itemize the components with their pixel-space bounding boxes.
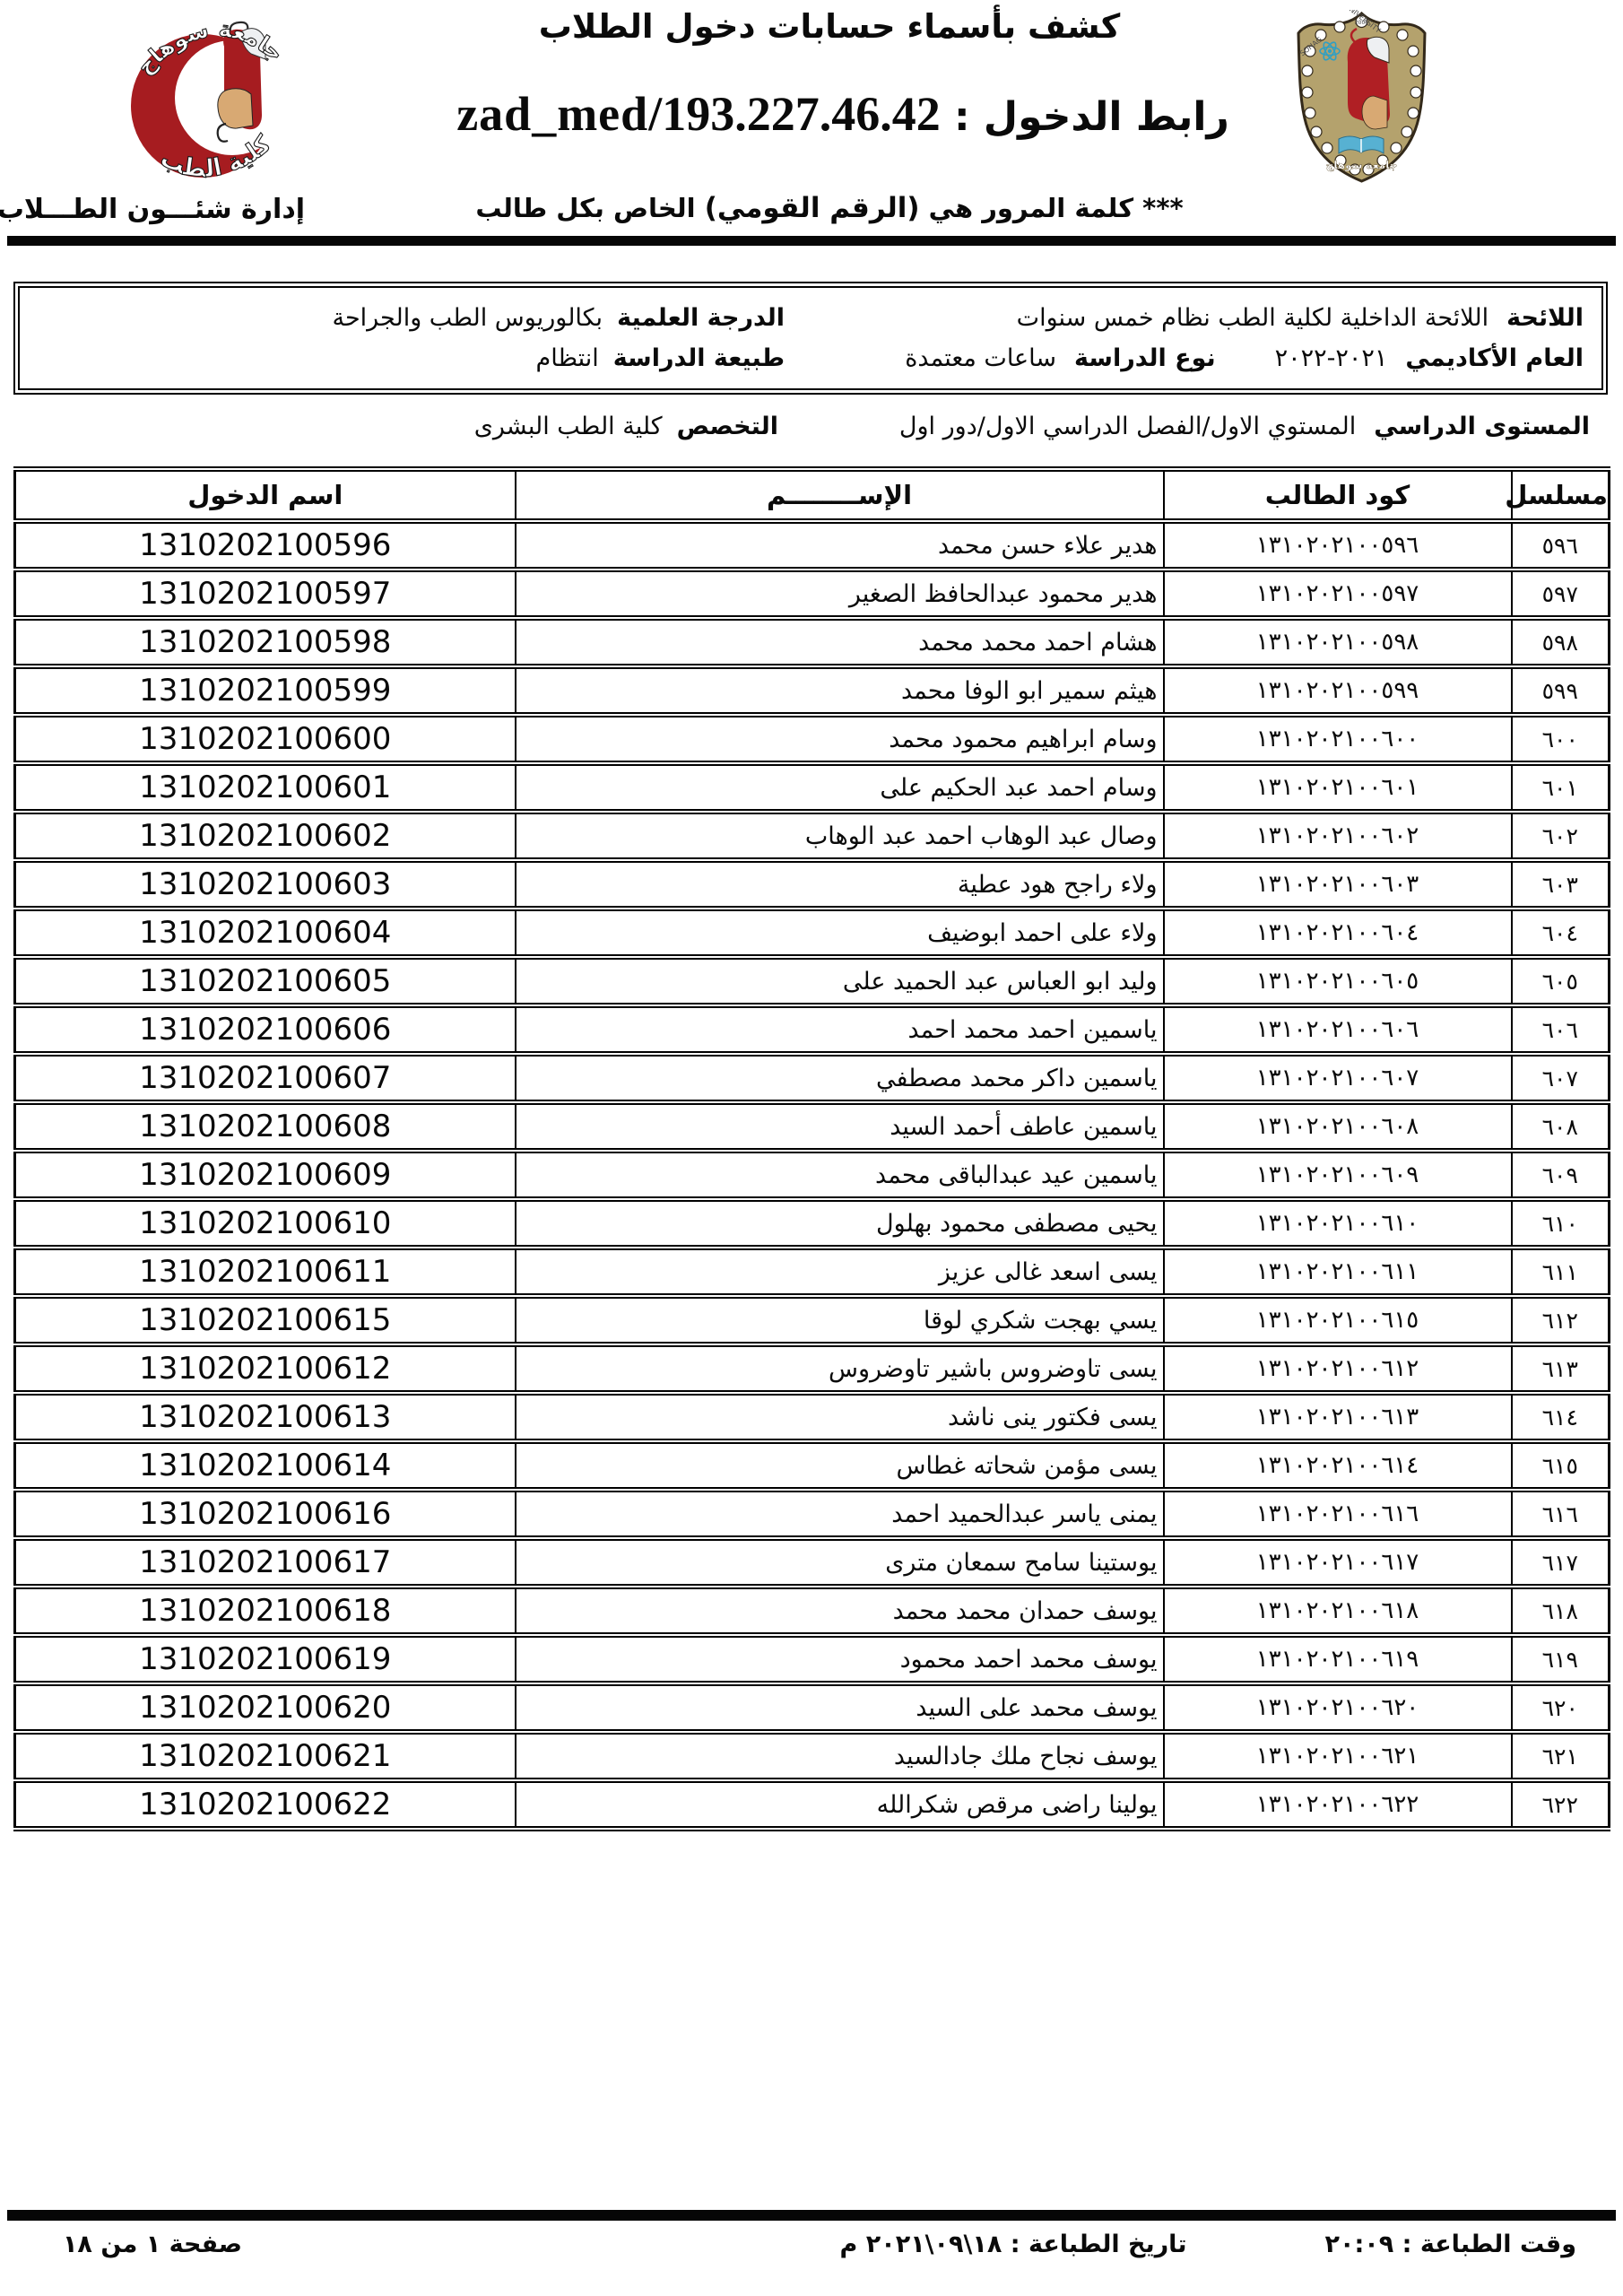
study-nature-value: انتظام <box>536 344 599 372</box>
code-cell: ١٣١٠٢٠٢١٠٠٥٩٩ <box>1164 666 1512 715</box>
name-cell: يوسف نجاح ملك جادالسيد <box>516 1732 1164 1780</box>
code-cell: ١٣١٠٢٠٢١٠٠٦٠٢ <box>1164 812 1512 860</box>
table-row: ٦٠٧١٣١٠٢٠٢١٠٠٦٠٧ياسمين داكر محمد مصطفي13… <box>15 1054 1610 1102</box>
table-row: ٦١٠١٣١٠٢٠٢١٠٠٦١٠يحيى مصطفى محمود بهلول13… <box>15 1199 1610 1248</box>
login-cell: 1310202100598 <box>15 618 516 666</box>
code-cell: ١٣١٠٢٠٢١٠٠٦٠٦ <box>1164 1005 1512 1054</box>
code-cell: ١٣١٠٢٠٢١٠٠٦١٣ <box>1164 1393 1512 1441</box>
print-time: وقت الطباعة : ٢٠:٠٩ <box>1325 2231 1576 2258</box>
faculty-medicine-logo: جامعة سوهاج كلية الطب <box>126 7 296 192</box>
name-cell: ياسمين عيد عبدالباقى محمد <box>516 1151 1164 1199</box>
table-row: ٥٩٦١٣١٠٢٠٢١٠٠٥٩٦هدير علاء حسن محمد131020… <box>15 521 1610 570</box>
login-cell: 1310202100614 <box>15 1441 516 1490</box>
login-cell: 1310202100599 <box>15 666 516 715</box>
name-cell: ياسمين احمد محمد احمد <box>516 1005 1164 1054</box>
login-cell: 1310202100597 <box>15 570 516 618</box>
level-value: المستوي الاول/الفصل الدراسي الاول/دور او… <box>899 413 1356 440</box>
serial-cell: ٦١٨ <box>1512 1587 1610 1635</box>
serial-cell: ٦٠٨ <box>1512 1102 1610 1151</box>
header-login: اسم الدخول <box>15 469 516 521</box>
name-cell: يسى تاوضروس باشير تاوضروس <box>516 1344 1164 1393</box>
code-cell: ١٣١٠٢٠٢١٠٠٦٠٣ <box>1164 860 1512 909</box>
table-row: ٦٢٢١٣١٠٢٠٢١٠٠٦٢٢يولينا راضى مرقص شكرالله… <box>15 1780 1610 1829</box>
login-cell: 1310202100603 <box>15 860 516 909</box>
serial-cell: ٦١٤ <box>1512 1393 1610 1441</box>
code-cell: ١٣١٠٢٠٢١٠٠٦٠٥ <box>1164 957 1512 1005</box>
login-cell: 1310202100604 <box>15 909 516 957</box>
login-cell: 1310202100608 <box>15 1102 516 1151</box>
table-row: ٦٠٠١٣١٠٢٠٢١٠٠٦٠٠وسام ابراهيم محمود محمد1… <box>15 715 1610 763</box>
login-cell: 1310202100618 <box>15 1587 516 1635</box>
serial-cell: ٦١٦ <box>1512 1490 1610 1538</box>
table-row: ٦٠٥١٣١٠٢٠٢١٠٠٦٠٥وليد ابو العباس عبد الحم… <box>15 957 1610 1005</box>
serial-cell: ٦٠٦ <box>1512 1005 1610 1054</box>
name-cell: يوسف حمدان محمد محمد <box>516 1587 1164 1635</box>
serial-cell: ٦٢٢ <box>1512 1780 1610 1829</box>
serial-cell: ٦١٠ <box>1512 1199 1610 1248</box>
login-cell: 1310202100610 <box>15 1199 516 1248</box>
university-shield-logo: 2006 SOHAG UNIVERSITY جامعة سوهاج <box>1289 10 1435 184</box>
table-row: ٦٠٩١٣١٠٢٠٢١٠٠٦٠٩ياسمين عيد عبدالباقى محم… <box>15 1151 1610 1199</box>
serial-cell: ٦١٩ <box>1512 1635 1610 1683</box>
table-row: ٦١٣١٣١٠٢٠٢١٠٠٦١٢يسى تاوضروس باشير تاوضرو… <box>15 1344 1610 1393</box>
print-date: تاريخ الطباعة : ١٨\٠٩\٢٠٢١ م <box>807 2231 1219 2258</box>
code-cell: ١٣١٠٢٠٢١٠٠٦١٦ <box>1164 1490 1512 1538</box>
table-row: ٦١٧١٣١٠٢٠٢١٠٠٦١٧يوستينا سامح سمعان مترى1… <box>15 1538 1610 1587</box>
login-link-label: رابط الدخول : <box>941 94 1229 140</box>
level-line: المستوى الدراسي المستوي الاول/الفصل الدر… <box>13 413 1608 440</box>
table-row: ٦١٩١٣١٠٢٠٢١٠٠٦١٩يوسف محمد احمد محمود1310… <box>15 1635 1610 1683</box>
code-cell: ١٣١٠٢٠٢١٠٠٦١٥ <box>1164 1296 1512 1344</box>
password-note-suffix: الخاص بكل طالب <box>475 193 704 223</box>
name-cell: يوسف محمد احمد محمود <box>516 1635 1164 1683</box>
code-cell: ١٣١٠٢٠٢١٠٠٦٠٩ <box>1164 1151 1512 1199</box>
login-cell: 1310202100615 <box>15 1296 516 1344</box>
name-cell: يمنى ياسر عبدالحميد احمد <box>516 1490 1164 1538</box>
table-row: ٦٠٦١٣١٠٢٠٢١٠٠٦٠٦ياسمين احمد محمد احمد131… <box>15 1005 1610 1054</box>
name-cell: يوستينا سامح سمعان مترى <box>516 1538 1164 1587</box>
code-cell: ١٣١٠٢٠٢١٠٠٦١٤ <box>1164 1441 1512 1490</box>
print-time-value: ٢٠:٠٩ <box>1325 2231 1394 2258</box>
dept-caption: إدارة شئـــون الطـــلاب <box>65 194 305 225</box>
login-cell: 1310202100601 <box>15 763 516 812</box>
code-cell: ١٣١٠٢٠٢١٠٠٦١١ <box>1164 1248 1512 1296</box>
login-cell: 1310202100607 <box>15 1054 516 1102</box>
table-row: ٦٠١١٣١٠٢٠٢١٠٠٦٠١وسام احمد عبد الحكيم على… <box>15 763 1610 812</box>
shield-caption: جامعة سوهاج <box>1326 159 1398 172</box>
login-cell: 1310202100613 <box>15 1393 516 1441</box>
table-header-row: مسلسل كود الطالب الإســــــــم اسم الدخو… <box>15 469 1610 521</box>
student-table-body: ٥٩٦١٣١٠٢٠٢١٠٠٥٩٦هدير علاء حسن محمد131020… <box>15 521 1610 1829</box>
regulation-label: اللائحة <box>1506 304 1584 332</box>
code-cell: ١٣١٠٢٠٢١٠٠٦٠٤ <box>1164 909 1512 957</box>
name-cell: يسي بهجت شكري لوقا <box>516 1296 1164 1344</box>
serial-cell: ٦٠٩ <box>1512 1151 1610 1199</box>
login-cell: 1310202100605 <box>15 957 516 1005</box>
serial-cell: ٦١٣ <box>1512 1344 1610 1393</box>
password-note-prefix: *** كلمة المرور هي <box>920 193 1184 223</box>
name-cell: يسى مؤمن شحاته غطاس <box>516 1441 1164 1490</box>
code-cell: ١٣١٠٢٠٢١٠٠٦١٩ <box>1164 1635 1512 1683</box>
info-row-year: العام الأكاديمي ٢٠٢١-٢٠٢٢ نوع الدراسة سا… <box>38 344 1584 372</box>
name-cell: ولاء راجح هود عطية <box>516 860 1164 909</box>
serial-cell: ٦٠٤ <box>1512 909 1610 957</box>
login-cell: 1310202100602 <box>15 812 516 860</box>
name-cell: وليد ابو العباس عبد الحميد على <box>516 957 1164 1005</box>
login-cell: 1310202100609 <box>15 1151 516 1199</box>
serial-cell: ٥٩٧ <box>1512 570 1610 618</box>
name-cell: هيثم سمير ابو الوفا محمد <box>516 666 1164 715</box>
table-row: ٥٩٧١٣١٠٢٠٢١٠٠٥٩٧هدير محمود عبدالحافظ الص… <box>15 570 1610 618</box>
name-cell: ياسمين داكر محمد مصطفي <box>516 1054 1164 1102</box>
serial-cell: ٦١٥ <box>1512 1441 1610 1490</box>
print-date-suffix: م <box>840 2231 858 2258</box>
name-cell: يسى فكتور ينى ناشد <box>516 1393 1164 1441</box>
name-cell: يولينا راضى مرقص شكرالله <box>516 1780 1164 1829</box>
serial-cell: ٦٠٧ <box>1512 1054 1610 1102</box>
serial-cell: ٦٠٥ <box>1512 957 1610 1005</box>
degree-value: بكالوريوس الطب والجراحة <box>332 304 603 332</box>
serial-cell: ٦٠٢ <box>1512 812 1610 860</box>
specialization-label: التخصص <box>677 413 778 440</box>
serial-cell: ٥٩٦ <box>1512 521 1610 570</box>
code-cell: ١٣١٠٢٠٢١٠٠٦١٨ <box>1164 1587 1512 1635</box>
table-row: ٦١٥١٣١٠٢٠٢١٠٠٦١٤يسى مؤمن شحاته غطاس13102… <box>15 1441 1610 1490</box>
code-cell: ١٣١٠٢٠٢١٠٠٥٩٨ <box>1164 618 1512 666</box>
specialization-value: كلية الطب البشرى <box>474 413 663 440</box>
name-cell: ياسمين عاطف أحمد السيد <box>516 1102 1164 1151</box>
table-row: ٦١٢١٣١٠٢٠٢١٠٠٦١٥يسي بهجت شكري لوقا131020… <box>15 1296 1610 1344</box>
login-cell: 1310202100616 <box>15 1490 516 1538</box>
name-cell: يوسف محمد على السيد <box>516 1683 1164 1732</box>
students-table: مسلسل كود الطالب الإســــــــم اسم الدخو… <box>13 466 1610 1831</box>
table-row: ٦١٤١٣١٠٢٠٢١٠٠٦١٣يسى فكتور ينى ناشد131020… <box>15 1393 1610 1441</box>
code-cell: ١٣١٠٢٠٢١٠٠٦٠٧ <box>1164 1054 1512 1102</box>
table-row: ٥٩٩١٣١٠٢٠٢١٠٠٥٩٩هيثم سمير ابو الوفا محمد… <box>15 666 1610 715</box>
footer-divider <box>7 2210 1616 2221</box>
serial-cell: ٥٩٨ <box>1512 618 1610 666</box>
header-divider <box>7 236 1616 246</box>
login-cell: 1310202100606 <box>15 1005 516 1054</box>
serial-cell: ٦١٢ <box>1512 1296 1610 1344</box>
name-cell: وسام ابراهيم محمود محمد <box>516 715 1164 763</box>
academic-year-value: ٢٠٢١-٢٠٢٢ <box>1275 344 1388 372</box>
study-nature-label: طبيعة الدراسة <box>613 344 785 372</box>
code-cell: ١٣١٠٢٠٢١٠٠٥٩٦ <box>1164 521 1512 570</box>
serial-cell: ٥٩٩ <box>1512 666 1610 715</box>
header-name: الإســــــــم <box>516 469 1164 521</box>
study-type-label: نوع الدراسة <box>1074 344 1216 372</box>
print-time-label: وقت الطباعة : <box>1402 2231 1576 2258</box>
program-info-box: اللائحة اللائحة الداخلية لكلية الطب نظام… <box>13 282 1608 395</box>
login-cell: 1310202100620 <box>15 1683 516 1732</box>
table-row: ٦٠٤١٣١٠٢٠٢١٠٠٦٠٤ولاء على احمد ابوضيف1310… <box>15 909 1610 957</box>
table-row: ٦١١١٣١٠٢٠٢١٠٠٦١١يسى اسعد غالى عزيز131020… <box>15 1248 1610 1296</box>
name-cell: يسى اسعد غالى عزيز <box>516 1248 1164 1296</box>
login-cell: 1310202100621 <box>15 1732 516 1780</box>
study-type-value: ساعات معتمدة <box>905 344 1056 372</box>
pharaoh-crown <box>1348 29 1390 129</box>
header-code: كود الطالب <box>1164 469 1512 521</box>
login-cell: 1310202100611 <box>15 1248 516 1296</box>
name-cell: وسام احمد عبد الحكيم على <box>516 763 1164 812</box>
level-label: المستوى الدراسي <box>1374 413 1590 440</box>
login-cell: 1310202100619 <box>15 1635 516 1683</box>
code-cell: ١٣١٠٢٠٢١٠٠٦٢١ <box>1164 1732 1512 1780</box>
serial-cell: ٦٠٠ <box>1512 715 1610 763</box>
name-cell: هشام احمد محمد محمد <box>516 618 1164 666</box>
table-row: ٦١٨١٣١٠٢٠٢١٠٠٦١٨يوسف حمدان محمد محمد1310… <box>15 1587 1610 1635</box>
serial-cell: ٦١٧ <box>1512 1538 1610 1587</box>
serial-cell: ٦٠٣ <box>1512 860 1610 909</box>
info-row-regulation: اللائحة اللائحة الداخلية لكلية الطب نظام… <box>38 304 1584 332</box>
code-cell: ١٣١٠٢٠٢١٠٠٦١٠ <box>1164 1199 1512 1248</box>
degree-label: الدرجة العلمية <box>617 304 785 332</box>
table-row: ٦٠٣١٣١٠٢٠٢١٠٠٦٠٣ولاء راجح هود عطية131020… <box>15 860 1610 909</box>
table-row: ٦١٦١٣١٠٢٠٢١٠٠٦١٦يمنى ياسر عبدالحميد احمد… <box>15 1490 1610 1538</box>
table-row: ٦٠٢١٣١٠٢٠٢١٠٠٦٠٢وصال عبد الوهاب احمد عبد… <box>15 812 1610 860</box>
code-cell: ١٣١٠٢٠٢١٠٠٦٠٨ <box>1164 1102 1512 1151</box>
name-cell: ولاء على احمد ابوضيف <box>516 909 1164 957</box>
login-cell: 1310202100596 <box>15 521 516 570</box>
login-link-url: 193.227.46.42/zad_med <box>456 87 941 141</box>
print-date-value: ١٨\٠٩\٢٠٢١ <box>866 2231 1002 2258</box>
table-row: ٦٠٨١٣١٠٢٠٢١٠٠٦٠٨ياسمين عاطف أحمد السيد13… <box>15 1102 1610 1151</box>
code-cell: ١٣١٠٢٠٢١٠٠٦٢٠ <box>1164 1683 1512 1732</box>
code-cell: ١٣١٠٢٠٢١٠٠٦٠٠ <box>1164 715 1512 763</box>
regulation-value: اللائحة الداخلية لكلية الطب نظام خمس سنو… <box>1017 304 1488 332</box>
login-cell: 1310202100600 <box>15 715 516 763</box>
login-cell: 1310202100622 <box>15 1780 516 1829</box>
name-cell: هدير علاء حسن محمد <box>516 521 1164 570</box>
academic-year-label: العام الأكاديمي <box>1405 344 1584 372</box>
password-note-highlight: (الرقم القومي) <box>705 192 920 224</box>
scanned-student-accounts-page: { "colors": { "shield_tan": "#b4a26d", "… <box>0 0 1623 2296</box>
table-row: ٥٩٨١٣١٠٢٠٢١٠٠٥٩٨هشام احمد محمد محمد13102… <box>15 618 1610 666</box>
code-cell: ١٣١٠٢٠٢١٠٠٦٢٢ <box>1164 1780 1512 1829</box>
code-cell: ١٣١٠٢٠٢١٠٠٥٩٧ <box>1164 570 1512 618</box>
name-cell: يحيى مصطفى محمود بهلول <box>516 1199 1164 1248</box>
serial-cell: ٦٢٠ <box>1512 1683 1610 1732</box>
header-serial: مسلسل <box>1512 469 1610 521</box>
table-row: ٦٢٠١٣١٠٢٠٢١٠٠٦٢٠يوسف محمد على السيد13102… <box>15 1683 1610 1732</box>
code-cell: ١٣١٠٢٠٢١٠٠٦١٧ <box>1164 1538 1512 1587</box>
page-number: صفحة ١ من ١٨ <box>72 2231 242 2258</box>
login-cell: 1310202100617 <box>15 1538 516 1587</box>
print-date-label: تاريخ الطباعة : <box>1011 2231 1187 2258</box>
code-cell: ١٣١٠٢٠٢١٠٠٦٠١ <box>1164 763 1512 812</box>
code-cell: ١٣١٠٢٠٢١٠٠٦١٢ <box>1164 1344 1512 1393</box>
serial-cell: ٦٠١ <box>1512 763 1610 812</box>
serial-cell: ٦١١ <box>1512 1248 1610 1296</box>
login-cell: 1310202100612 <box>15 1344 516 1393</box>
name-cell: هدير محمود عبدالحافظ الصغير <box>516 570 1164 618</box>
table-row: ٦٢١١٣١٠٢٠٢١٠٠٦٢١يوسف نجاح ملك جادالسيد13… <box>15 1732 1610 1780</box>
serial-cell: ٦٢١ <box>1512 1732 1610 1780</box>
name-cell: وصال عبد الوهاب احمد عبد الوهاب <box>516 812 1164 860</box>
